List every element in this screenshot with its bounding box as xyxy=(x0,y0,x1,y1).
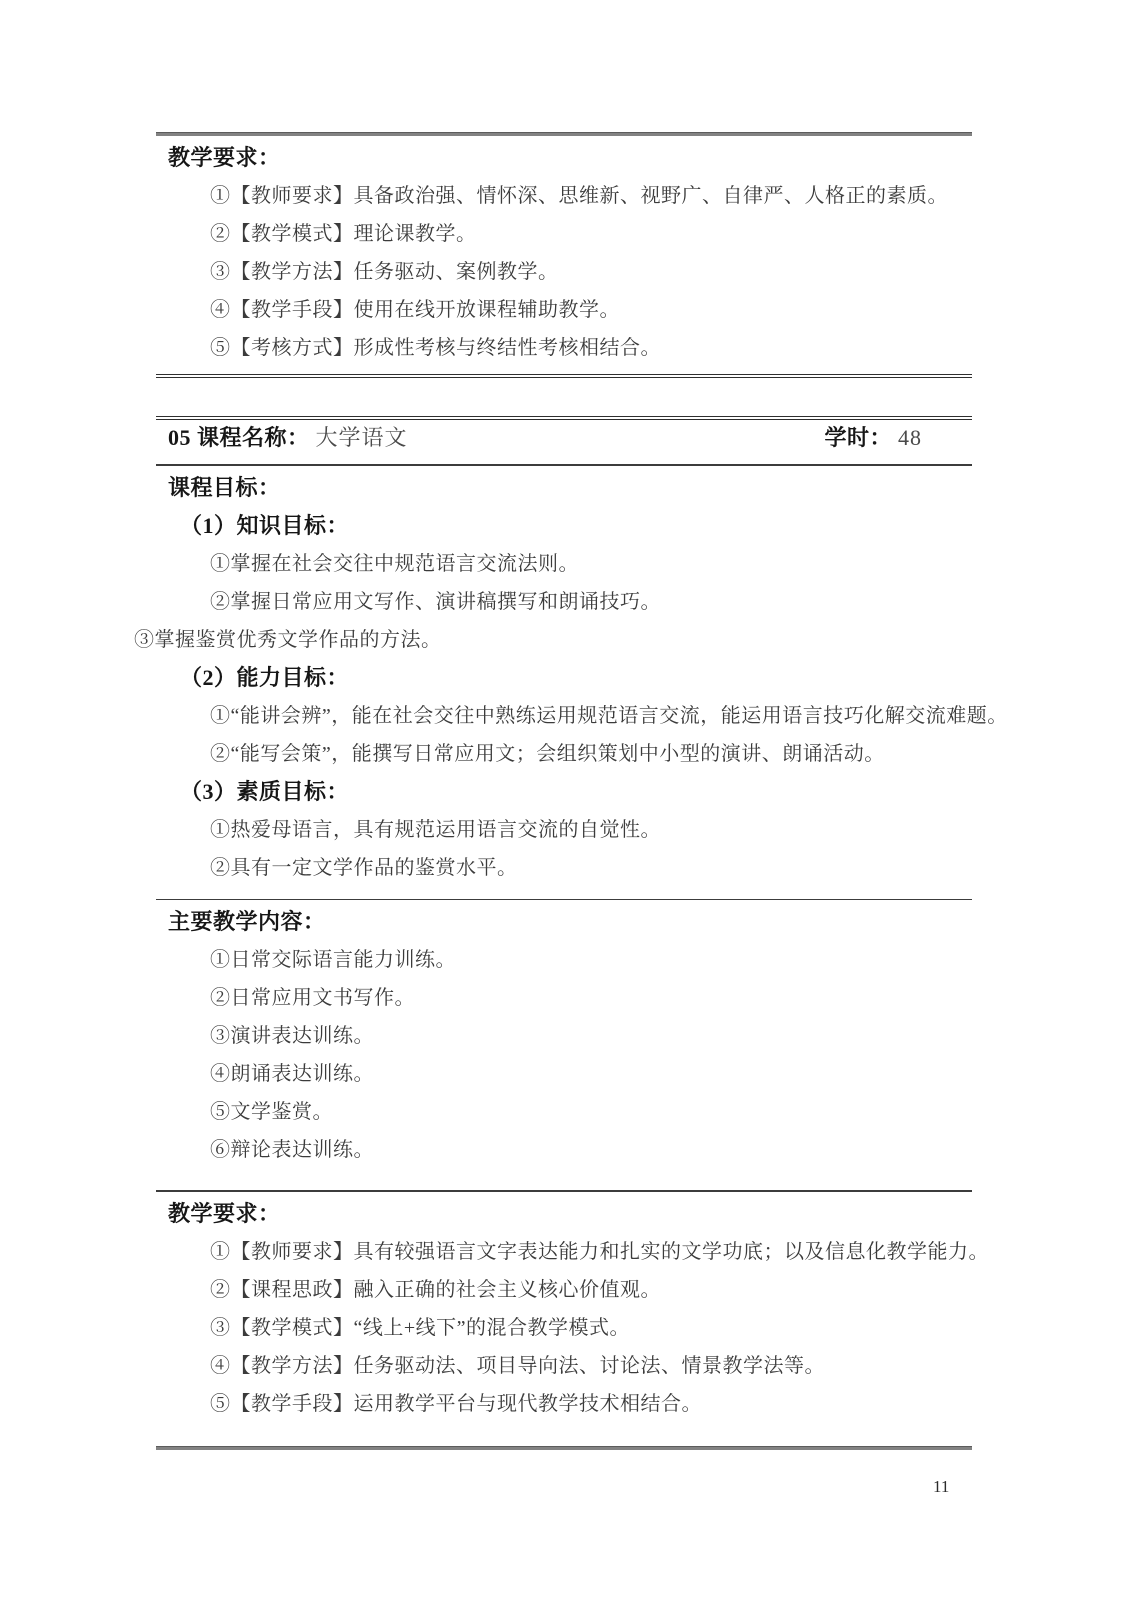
document-body: 教学要求： ①【教师要求】具备政治强、情怀深、思维新、视野广、自律严、人格正的素… xyxy=(156,0,972,1450)
course-hours-value: 48 xyxy=(898,425,922,450)
teaching-content-item: ⑥辩论表达训练。 xyxy=(156,1137,972,1164)
knowledge-objective-item: ③掌握鉴赏优秀文学作品的方法。 xyxy=(134,627,972,654)
teaching-content-item: ②日常应用文书写作。 xyxy=(156,985,972,1012)
teaching-requirement-item: ③【教学模式】“线上+线下”的混合教学模式。 xyxy=(156,1315,972,1342)
teaching-requirement-item: ②【课程思政】融入正确的社会主义核心价值观。 xyxy=(156,1277,972,1304)
ability-objectives-title: （2）能力目标： xyxy=(156,664,972,692)
prev-requirement-item: ④【教学手段】使用在线开放课程辅助教学。 xyxy=(156,297,972,324)
course-block-top-divider xyxy=(156,416,972,420)
teaching-content-item: ③演讲表达训练。 xyxy=(156,1023,972,1050)
course-hours: 学时：48 xyxy=(824,424,922,452)
course-name: 大学语文 xyxy=(316,425,408,450)
content-divider xyxy=(156,899,972,901)
page-number: 11 xyxy=(933,1477,949,1497)
quality-objective-item: ②具有一定文学作品的鉴赏水平。 xyxy=(156,855,972,882)
section-divider xyxy=(156,374,972,378)
prev-requirement-item: ⑤【考核方式】形成性考核与终结性考核相结合。 xyxy=(156,335,972,362)
teaching-content-item: ④朗诵表达训练。 xyxy=(156,1061,972,1088)
objectives-heading: 课程目标： xyxy=(156,474,972,502)
teaching-requirement-item: ①【教师要求】具有较强语言文字表达能力和扎实的文学功底；以及信息化教学能力。 xyxy=(156,1239,972,1266)
course-title: 05 课程名称：大学语文 xyxy=(168,424,408,452)
course-header-divider xyxy=(156,464,972,466)
teaching-requirements-heading: 教学要求： xyxy=(156,1200,972,1228)
prev-requirement-item: ①【教师要求】具备政治强、情怀深、思维新、视野广、自律严、人格正的素质。 xyxy=(156,183,972,210)
quality-objective-item: ①热爱母语言，具有规范运用语言交流的自觉性。 xyxy=(156,817,972,844)
requirements-divider xyxy=(156,1190,972,1192)
ability-objective-item: ②“能写会策”，能撰写日常应用文；会组织策划中小型的演讲、朗诵活动。 xyxy=(156,741,972,768)
document-page: 教学要求： ①【教师要求】具备政治强、情怀深、思维新、视野广、自律严、人格正的素… xyxy=(0,0,1132,1600)
teaching-requirement-item: ⑤【教学手段】运用教学平台与现代教学技术相结合。 xyxy=(156,1391,972,1418)
course-header-row: 05 课程名称：大学语文 学时：48 xyxy=(156,424,972,452)
quality-objectives-title: （3）素质目标： xyxy=(156,778,972,806)
course-hours-label: 学时： xyxy=(824,425,892,450)
teaching-content-heading: 主要教学内容： xyxy=(156,908,972,936)
teaching-requirement-item: ④【教学方法】任务驱动法、项目导向法、讨论法、情景教学法等。 xyxy=(156,1353,972,1380)
top-divider xyxy=(156,132,972,136)
knowledge-objective-item: ②掌握日常应用文写作、演讲稿撰写和朗诵技巧。 xyxy=(156,589,972,616)
knowledge-objectives-title: （1）知识目标： xyxy=(156,512,972,540)
teaching-content-item: ⑤文学鉴赏。 xyxy=(156,1099,972,1126)
prev-requirement-item: ③【教学方法】任务驱动、案例教学。 xyxy=(156,259,972,286)
course-number-label: 05 课程名称： xyxy=(168,425,310,450)
prev-requirement-item: ②【教学模式】理论课教学。 xyxy=(156,221,972,248)
bottom-divider xyxy=(156,1446,972,1450)
knowledge-objective-item: ①掌握在社会交往中规范语言交流法则。 xyxy=(156,551,972,578)
prev-requirements-heading: 教学要求： xyxy=(156,144,972,172)
ability-objective-item: ①“能讲会辨”，能在社会交往中熟练运用规范语言交流，能运用语言技巧化解交流难题。 xyxy=(156,703,972,730)
teaching-content-item: ①日常交际语言能力训练。 xyxy=(156,947,972,974)
